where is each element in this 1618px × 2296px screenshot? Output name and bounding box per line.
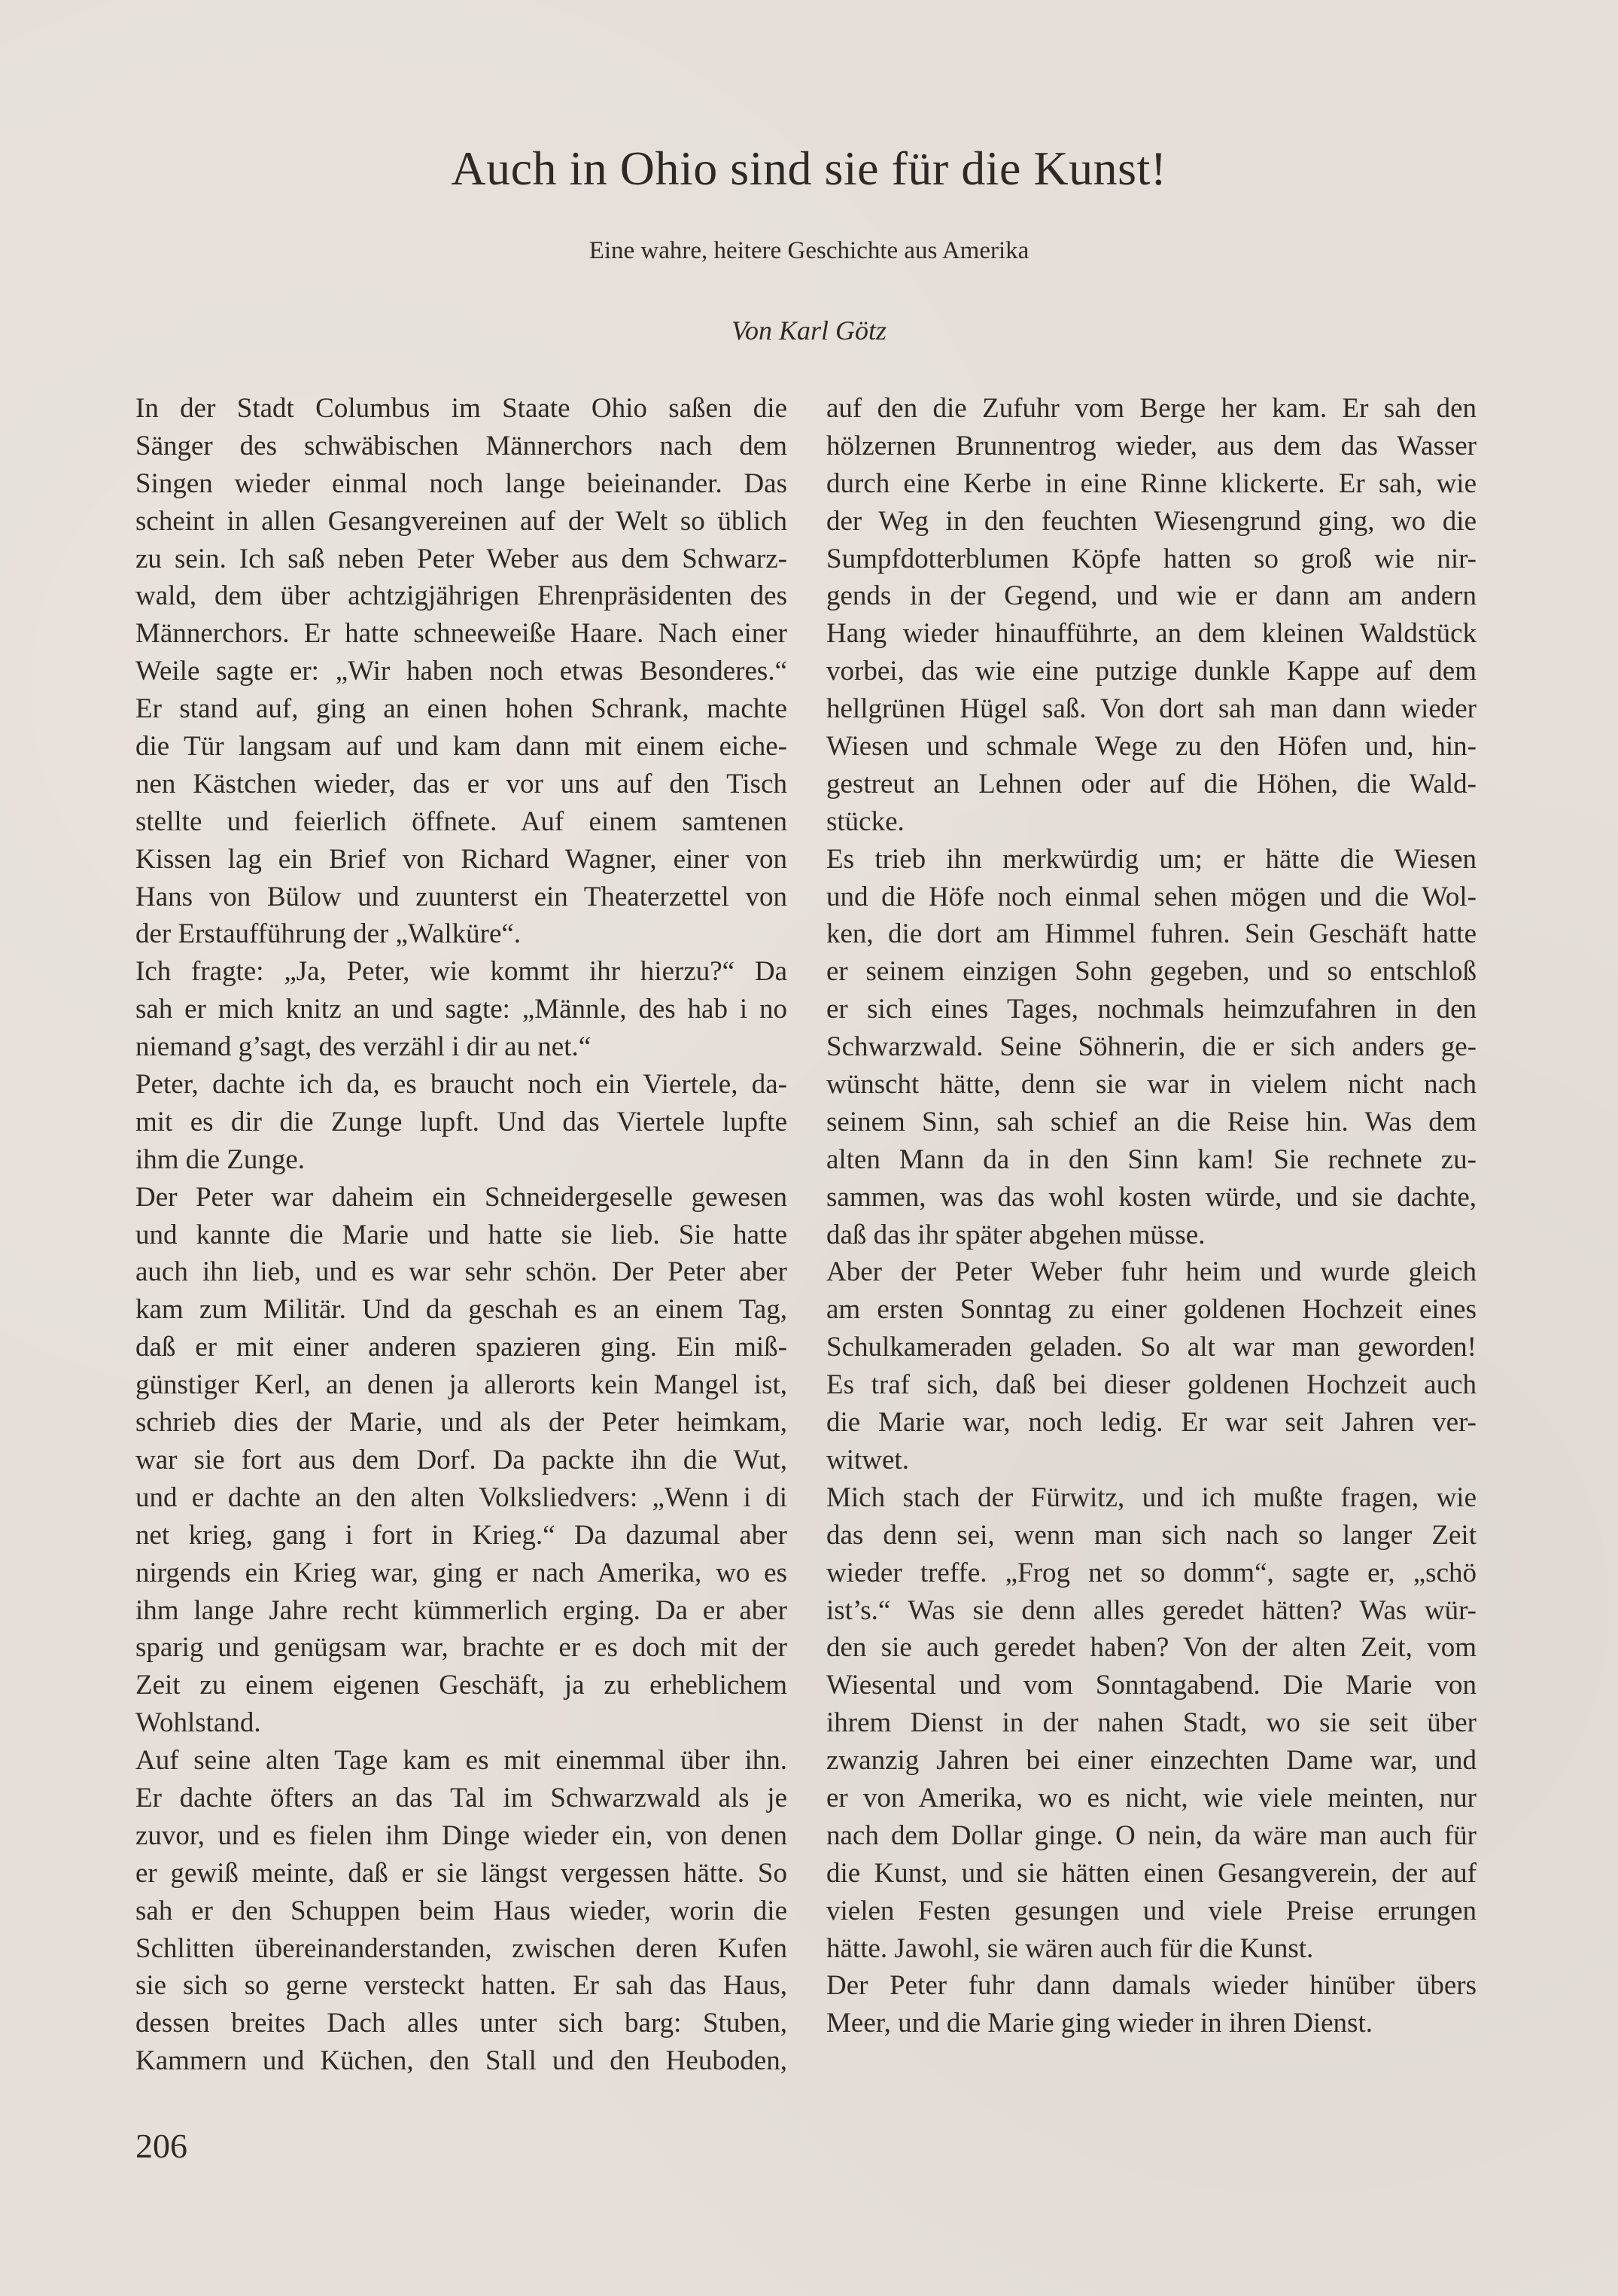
text-line: stellte und feierlich öffnete. Auf einem…: [135, 803, 787, 841]
text-line: Weile sagte er: „Wir haben noch etwas Be…: [135, 653, 787, 690]
page-number: 206: [135, 2125, 187, 2167]
text-line: Peter, dachte ich da, es braucht noch ei…: [135, 1066, 787, 1104]
text-line: dessen breites Dach alles unter sich bar…: [135, 2005, 787, 2042]
text-line: er gewiß meinte, daß er sie längst verge…: [135, 1855, 787, 1893]
text-line: hölzernen Brunnentrog wieder, aus dem da…: [826, 428, 1477, 465]
text-line: niemand g’sagt, des verzähl i dir au net…: [135, 1028, 787, 1066]
text-line: sparig und genügsam war, brachte er es d…: [135, 1629, 787, 1667]
text-line: der Weg in den feuchten Wiesengrund ging…: [826, 503, 1477, 541]
text-line: sah er den Schuppen beim Haus wieder, wo…: [135, 1893, 787, 1930]
text-line: hätte. Jawohl, sie wären auch für die Ku…: [826, 1930, 1477, 1968]
text-line: den sie auch geredet haben? Von der alte…: [826, 1629, 1477, 1667]
text-line: ken, die dort am Himmel fuhren. Sein Ges…: [826, 915, 1477, 953]
text-line: und die Höfe noch einmal sehen mögen und…: [826, 879, 1477, 916]
text-line: schrieb dies der Marie, und als der Pete…: [135, 1404, 787, 1442]
text-line: durch eine Kerbe in eine Rinne klickerte…: [826, 465, 1477, 503]
text-line: daß er mit einer anderen spazieren ging.…: [135, 1329, 787, 1366]
text-line: Meer, und die Marie ging wieder in ihren…: [826, 2005, 1477, 2042]
text-line: hellgrünen Hügel saß. Von dort sah man d…: [826, 690, 1477, 728]
text-line: stücke.: [826, 803, 1477, 841]
text-line: net krieg, gang i fort in Krieg.“ Da daz…: [135, 1517, 787, 1555]
text-line: kam zum Militär. Und da geschah es an ei…: [135, 1291, 787, 1329]
text-line: Hang wieder hinaufführte, an dem kleinen…: [826, 615, 1477, 653]
text-line: sie sich so gerne versteckt hatten. Er s…: [135, 1967, 787, 2005]
text-line: gends in der Gegend, und wie er dann am …: [826, 577, 1477, 615]
text-line: Schwarzwald. Seine Söhnerin, die er sich…: [826, 1028, 1477, 1066]
text-line: Mich stach der Fürwitz, und ich mußte fr…: [826, 1479, 1477, 1517]
text-line: vorbei, das wie eine putzige dunkle Kapp…: [826, 653, 1477, 690]
text-line: Aber der Peter Weber fuhr heim und wurde…: [826, 1253, 1477, 1291]
text-line: und kannte die Marie und hatte sie lieb.…: [135, 1217, 787, 1254]
text-line: daß das ihr später abgehen müsse.: [826, 1217, 1477, 1254]
text-line: Es trieb ihn merkwürdig um; er hätte die…: [826, 841, 1477, 879]
text-line: seinem Sinn, sah schief an die Reise hin…: [826, 1104, 1477, 1141]
text-line: Der Peter fuhr dann damals wieder hinübe…: [826, 1967, 1477, 2005]
text-line: war sie fort aus dem Dorf. Da packte ihn…: [135, 1442, 787, 1479]
text-line: nen Kästchen wieder, das er vor uns auf …: [135, 766, 787, 803]
text-line: Sänger des schwäbischen Männerchors nach…: [135, 428, 787, 465]
text-line: Schulkameraden geladen. So alt war man g…: [826, 1329, 1477, 1366]
text-line: Schlitten übereinanderstanden, zwischen …: [135, 1930, 787, 1968]
text-line: ihm lange Jahre recht kümmerlich erging.…: [135, 1592, 787, 1630]
text-line: zu sein. Ich saß neben Peter Weber aus d…: [135, 541, 787, 578]
text-line: Ich fragte: „Ja, Peter, wie kommt ihr hi…: [135, 953, 787, 991]
text-line: alten Mann da in den Sinn kam! Sie rechn…: [826, 1141, 1477, 1179]
text-line: er seinem einzigen Sohn gegeben, und so …: [826, 953, 1477, 991]
text-line: und er dachte an den alten Volksliedvers…: [135, 1479, 787, 1517]
text-line: Er stand auf, ging an einen hohen Schran…: [135, 690, 787, 728]
article-byline: Von Karl Götz: [0, 315, 1618, 346]
text-line: die Marie war, noch ledig. Er war seit J…: [826, 1404, 1477, 1442]
text-line: Zeit zu einem eigenen Geschäft, ja zu er…: [135, 1667, 787, 1704]
text-line: Männerchors. Er hatte schneeweiße Haare.…: [135, 615, 787, 653]
text-line: scheint in allen Gesangvereinen auf der …: [135, 503, 787, 541]
text-line: Der Peter war daheim ein Schneidergesell…: [135, 1179, 787, 1217]
text-line: Wiesen und schmale Wege zu den Höfen und…: [826, 728, 1477, 766]
text-line: wald, dem über achtzigjährigen Ehrenpräs…: [135, 577, 787, 615]
text-line: zwanzig Jahren bei einer einzechten Dame…: [826, 1742, 1477, 1780]
text-line: wünscht hätte, denn sie war in vielem ni…: [826, 1066, 1477, 1104]
text-line: Hans von Bülow und zuunterst ein Theater…: [135, 879, 787, 916]
text-line: Kammern und Küchen, den Stall und den He…: [135, 2042, 787, 2080]
text-line: auch ihn lieb, und es war sehr schön. De…: [135, 1253, 787, 1291]
text-line: Er dachte öfters an das Tal im Schwarzwa…: [135, 1780, 787, 1817]
text-line: Wiesental und vom Sonntagabend. Die Mari…: [826, 1667, 1477, 1704]
text-line: sammen, was das wohl kosten würde, und s…: [826, 1179, 1477, 1217]
text-line: Singen wieder einmal noch lange beieinan…: [135, 465, 787, 503]
text-line: Es traf sich, daß bei dieser goldenen Ho…: [826, 1366, 1477, 1404]
text-line: Kissen lag ein Brief von Richard Wagner,…: [135, 841, 787, 879]
text-line: In der Stadt Columbus im Staate Ohio saß…: [135, 390, 787, 428]
left-column: In der Stadt Columbus im Staate Ohio saß…: [135, 390, 787, 2080]
text-line: nach dem Dollar ginge. O nein, da wäre m…: [826, 1817, 1477, 1855]
text-line: ist’s.“ Was sie denn alles geredet hätte…: [826, 1592, 1477, 1630]
text-line: die Tür langsam auf und kam dann mit ein…: [135, 728, 787, 766]
text-line: nirgends ein Krieg war, ging er nach Ame…: [135, 1555, 787, 1592]
article-subtitle: Eine wahre, heitere Geschichte aus Ameri…: [0, 236, 1618, 266]
text-line: auf den die Zufuhr vom Berge her kam. Er…: [826, 390, 1477, 428]
text-line: Wohlstand.: [135, 1704, 787, 1742]
text-line: die Kunst, und sie hätten einen Gesangve…: [826, 1855, 1477, 1893]
text-line: der Erstaufführung der „Walküre“.: [135, 915, 787, 953]
text-line: witwet.: [826, 1442, 1477, 1479]
text-line: er sich eines Tages, nochmals heimzufahr…: [826, 991, 1477, 1028]
text-line: wieder treffe. „Frog net so domm“, sagte…: [826, 1555, 1477, 1592]
text-line: vielen Festen gesungen und viele Preise …: [826, 1893, 1477, 1930]
text-line: günstiger Kerl, an denen ja allerorts ke…: [135, 1366, 787, 1404]
text-line: Sumpfdotterblumen Köpfe hatten so groß w…: [826, 541, 1477, 578]
right-column: auf den die Zufuhr vom Berge her kam. Er…: [826, 390, 1477, 2042]
text-line: zuvor, und es fielen ihm Dinge wieder ei…: [135, 1817, 787, 1855]
text-line: am ersten Sonntag zu einer goldenen Hoch…: [826, 1291, 1477, 1329]
text-line: sah er mich knitz an und sagte: „Männle,…: [135, 991, 787, 1028]
article-title: Auch in Ohio sind sie für die Kunst!: [0, 142, 1618, 196]
text-line: ihm die Zunge.: [135, 1141, 787, 1179]
text-line: mit es dir die Zunge lupft. Und das Vier…: [135, 1104, 787, 1141]
text-line: er von Amerika, wo es nicht, wie viele m…: [826, 1780, 1477, 1817]
text-line: Auf seine alten Tage kam es mit einemmal…: [135, 1742, 787, 1780]
text-line: das denn sei, wenn man sich nach so lang…: [826, 1517, 1477, 1555]
text-line: ihrem Dienst in der nahen Stadt, wo sie …: [826, 1704, 1477, 1742]
text-line: gestreut an Lehnen oder auf die Höhen, d…: [826, 766, 1477, 803]
